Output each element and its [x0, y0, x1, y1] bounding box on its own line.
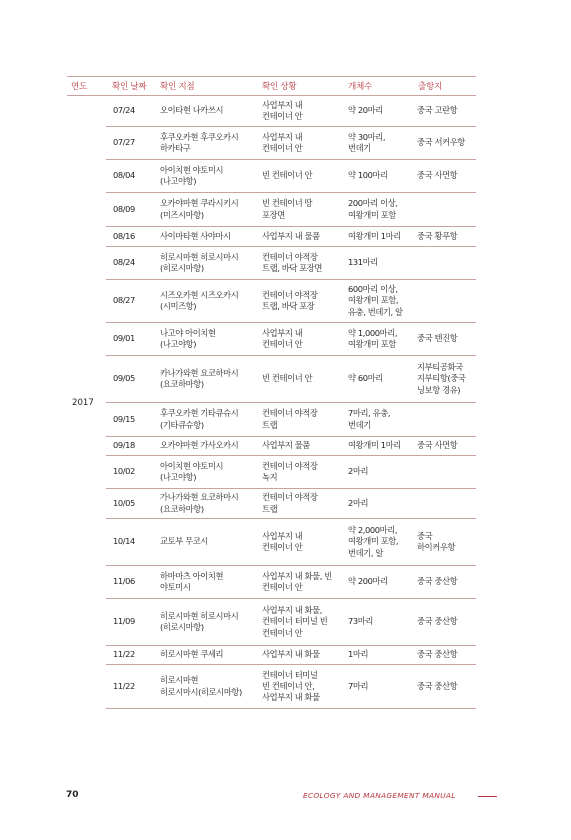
cell-line: 사이마타현 사야마시 [160, 231, 231, 242]
cell-line: (미즈시마항) [160, 210, 238, 221]
cell-line: 2마리 [348, 466, 368, 477]
cell-situation: 사업부지 내 물품 [262, 227, 320, 246]
cell-line: 나고야 아이치현 [160, 328, 216, 339]
cell-line: 10/02 [113, 466, 135, 477]
cell-location: 나고야 아이치현(나고야항) [160, 323, 216, 355]
cell-location: 오카야마현 쿠라시키시(미즈시마항) [160, 193, 238, 226]
cell-line: 트랩, 바닥 포장 [262, 301, 318, 312]
cell-line: 07/27 [113, 137, 135, 148]
cell-location: 아이치현 야토미시(나고야항) [160, 160, 223, 192]
cell-count: 7마리, 유충,번데기 [348, 403, 390, 436]
table-row: 11/22히로시마현 쿠세리사업부지 내 화물1마리중국 중산항 [106, 646, 476, 665]
cell-line: 컨테이너 야적장 [262, 290, 318, 301]
cell-location: 교토부 무코시 [160, 519, 208, 565]
cell-line: 오카야마현 가사오카시 [160, 440, 238, 451]
cell-line: (기타큐슈항) [160, 420, 238, 431]
running-footer-title: ECOLOGY AND MANAGEMENT MANUAL [303, 791, 456, 800]
cell-port: 중국 중산항 [417, 599, 457, 645]
cell-line: (요코하마항) [160, 504, 238, 515]
cell-line: 지부티항(중국 [417, 373, 466, 384]
cell-port: 중국 중산항 [417, 646, 457, 664]
cell-line: 중국 황푸항 [417, 231, 457, 242]
cell-line: (히로시마항) [160, 622, 238, 633]
table-row: 09/01나고야 아이치현(나고야항)사업부지 내컨테이너 안약 1,000마리… [106, 323, 476, 356]
cell-port: 중국 텐진항 [417, 323, 457, 355]
cell-line: 히로시마시(히로시마항) [160, 687, 242, 698]
cell-line: 약 200마리 [348, 576, 388, 587]
cell-line: 08/09 [113, 204, 135, 215]
cell-port: 중국 사먼항 [417, 160, 457, 192]
cell-situation: 사업부지 내 화물, 빈컨테이너 안 [262, 566, 332, 598]
cell-count: 2마리 [348, 456, 368, 488]
cell-line: 컨테이너 야적장 [262, 492, 318, 503]
cell-line: 사업부지 내 화물, [262, 605, 327, 616]
cell-line: 1마리 [348, 649, 368, 660]
cell-line: 사업부지 내 [262, 531, 302, 542]
cell-line: 08/27 [113, 295, 135, 306]
cell-line: 중국 사먼항 [417, 170, 457, 181]
table-row: 11/06하마마츠 아이치현야토미시사업부지 내 화물, 빈컨테이너 안약 20… [106, 566, 476, 599]
cell-line: 약 30마리, [348, 132, 385, 143]
cell-line: 컨테이너 안 [262, 582, 332, 593]
cell-line: 중국 텐진항 [417, 333, 457, 344]
cell-line: 번데기 [348, 143, 385, 154]
cell-situation: 컨테이너 야적장트랩, 바닥 포장 [262, 280, 318, 322]
cell-location: 오카야마현 가사오카시 [160, 437, 238, 455]
cell-line: 08/04 [113, 170, 135, 181]
cell-count: 73마리 [348, 599, 373, 645]
cell-line: (나고야항) [160, 472, 223, 483]
cell-line: 131마리 [348, 257, 378, 268]
cell-line: 트랩 [262, 420, 318, 431]
cell-line: 사업부지 내 화물 [262, 649, 320, 660]
cell-line: 후쿠오카현 후쿠오카시 [160, 132, 238, 143]
cell-date: 09/01 [113, 323, 135, 355]
table-row: 08/27시즈오카현 시즈오카시(시미즈항)컨테이너 야적장트랩, 바닥 포장6… [106, 280, 476, 323]
cell-line: 중국 [417, 531, 455, 542]
cell-line: 여왕개미 포함 [348, 210, 398, 221]
cell-situation: 사업부지 내컨테이너 안 [262, 323, 302, 355]
cell-line: 카나가와현 요코하마시 [160, 368, 238, 379]
cell-location: 시즈오카현 시즈오카시(시미즈항) [160, 280, 238, 322]
cell-line: 사업부지 내 물품 [262, 231, 320, 242]
page-number: 70 [66, 790, 79, 800]
cell-date: 11/09 [113, 599, 135, 645]
table-row: 10/14교토부 무코시사업부지 내컨테이너 안약 2,000마리,여왕개미 포… [106, 519, 476, 566]
cell-count: 600마리 이상,여왕개미 포함,유충, 번데기, 알 [348, 280, 403, 322]
cell-line: 지부티공화국 [417, 362, 466, 373]
cell-line: 약 60마리 [348, 373, 383, 384]
cell-situation: 사업부지 물품 [262, 437, 310, 455]
table-row: 09/18오카야마현 가사오카시사업부지 물품여왕개미 1마리중국 사먼항 [106, 437, 476, 456]
cell-port: 중국하이커우항 [417, 519, 455, 565]
cell-location: 히로시마현 히로시마시(히로시마항) [160, 247, 238, 279]
cell-location: 후쿠오카현 후쿠오카시하카타구 [160, 127, 238, 159]
cell-line: 사업부지 내 화물 [262, 692, 320, 703]
header-location: 확인 지점 [160, 80, 194, 92]
cell-location: 후쿠오카현 기타큐슈시(기타큐슈항) [160, 403, 238, 436]
cell-port: 중국 황푸항 [417, 227, 457, 246]
cell-date: 11/06 [113, 566, 135, 598]
cell-count: 약 2,000마리,여왕개미 포함,번데기, 알 [348, 519, 398, 565]
table-row: 07/24오이타현 나카쓰시사업부지 내컨테이너 안약 20마리중국 고란항 [106, 96, 476, 127]
cell-date: 09/15 [113, 403, 135, 436]
cell-line: 7마리 [348, 681, 368, 692]
cell-situation: 사업부지 내컨테이너 안 [262, 96, 302, 126]
cell-line: 야토미시 [160, 582, 223, 593]
cell-count: 2마리 [348, 489, 368, 518]
cell-line: 약 100마리 [348, 170, 388, 181]
header-date: 확인 날짜 [112, 80, 146, 92]
cell-count: 약 1,000마리,여왕개미 포함 [348, 323, 397, 355]
cell-line: 73마리 [348, 616, 373, 627]
cell-line: 트랩, 바닥 포장면 [262, 263, 322, 274]
cell-location: 히로시마현히로시마시(히로시마항) [160, 665, 242, 708]
cell-port: 중국 서커우항 [417, 127, 465, 159]
cell-line: 중국 중산항 [417, 616, 457, 627]
cell-line: 아이치현 야토미시 [160, 165, 223, 176]
cell-date: 09/05 [113, 356, 135, 402]
cell-line: 컨테이너 야적장 [262, 408, 318, 419]
cell-line: 08/24 [113, 257, 135, 268]
cell-date: 10/02 [113, 456, 135, 488]
cell-date: 07/24 [113, 96, 135, 126]
cell-line: 09/15 [113, 414, 135, 425]
cell-line: 사업부지 내 [262, 328, 302, 339]
cell-line: 09/01 [113, 333, 135, 344]
cell-line: 컨테이너 야적장 [262, 461, 318, 472]
cell-port: 지부티공화국지부티항(중국닝보항 경유) [417, 356, 466, 402]
cell-situation: 컨테이너 야적장녹지 [262, 456, 318, 488]
cell-line: 트랩 [262, 504, 318, 515]
cell-line: 컨테이너 안 [262, 628, 327, 639]
cell-situation: 컨테이너 야적장트랩 [262, 489, 318, 518]
cell-line: 번데기 [348, 420, 390, 431]
cell-situation: 사업부지 내 화물,컨테이너 터미널 빈컨테이너 안 [262, 599, 327, 645]
table-row: 08/16사이마타현 사야마시사업부지 내 물품여왕개미 1마리중국 황푸항 [106, 227, 476, 247]
cell-line: 컨테이너 터미널 빈 [262, 616, 327, 627]
cell-line: 10/14 [113, 536, 135, 547]
cell-location: 오이타현 나카쓰시 [160, 96, 223, 126]
table-header: 연도 확인 날짜 확인 지점 확인 상황 개체수 출항지 [67, 77, 476, 96]
cell-situation: 사업부지 내컨테이너 안 [262, 127, 302, 159]
cell-count: 여왕개미 1마리 [348, 437, 401, 455]
cell-line: 사업부지 내 [262, 100, 302, 111]
cell-line: 약 20마리 [348, 105, 383, 116]
cell-count: 약 30마리,번데기 [348, 127, 385, 159]
cell-line: 가나가와현 요코하마시 [160, 492, 238, 503]
cell-line: 하카타구 [160, 143, 238, 154]
cell-situation: 빈 컨테이너 안 [262, 356, 312, 402]
cell-line: 중국 중산항 [417, 576, 457, 587]
cell-date: 11/22 [113, 665, 135, 708]
cell-line: 아이치현 야토미시 [160, 461, 223, 472]
cell-date: 09/18 [113, 437, 135, 455]
cell-line: 여왕개미 1마리 [348, 231, 401, 242]
cell-location: 아이치현 야토미시(나고야항) [160, 456, 223, 488]
table-body: 2017 07/24오이타현 나카쓰시사업부지 내컨테이너 안약 20마리중국 … [67, 96, 476, 710]
cell-count: 7마리 [348, 665, 368, 708]
cell-count: 약 20마리 [348, 96, 383, 126]
cell-date: 10/14 [113, 519, 135, 565]
cell-line: 컨테이너 안 [262, 111, 302, 122]
cell-line: 시즈오카현 시즈오카시 [160, 290, 238, 301]
cell-line: 09/05 [113, 373, 135, 384]
cell-line: 08/16 [113, 231, 135, 242]
cell-line: 하이커우항 [417, 542, 455, 553]
cell-count: 약 200마리 [348, 566, 388, 598]
cell-port: 중국 중산항 [417, 566, 457, 598]
cell-line: 11/22 [113, 649, 135, 660]
cell-count: 200마리 이상,여왕개미 포함 [348, 193, 398, 226]
cell-count: 여왕개미 1마리 [348, 227, 401, 246]
cell-line: 히로시마현 [160, 675, 242, 686]
cell-line: 07/24 [113, 105, 135, 116]
cell-port: 중국 중산항 [417, 665, 457, 708]
cell-line: 오이타현 나카쓰시 [160, 105, 223, 116]
table-row: 11/22히로시마현히로시마시(히로시마항)컨테이너 터미널빈 컨테이너 안,사… [106, 665, 476, 709]
cell-line: 중국 사먼항 [417, 440, 457, 451]
cell-line: 오카야마현 쿠라시키시 [160, 198, 238, 209]
cell-line: 중국 중산항 [417, 681, 457, 692]
cell-line: 컨테이너 터미널 [262, 670, 320, 681]
table-row: 09/05카나가와현 요코하마시(요코하마항)빈 컨테이너 안약 60마리지부티… [106, 356, 476, 403]
cell-line: 11/09 [113, 616, 135, 627]
cell-line: (히로시마항) [160, 263, 238, 274]
cell-count: 약 60마리 [348, 356, 383, 402]
table-row: 11/09히로시마현 히로시마시(히로시마항)사업부지 내 화물,컨테이너 터미… [106, 599, 476, 646]
cell-line: 11/22 [113, 681, 135, 692]
cell-location: 카나가와현 요코하마시(요코하마항) [160, 356, 238, 402]
footer-rule [478, 796, 497, 797]
cell-line: (시미즈항) [160, 301, 238, 312]
table-row: 08/04아이치현 야토미시(나고야항)빈 컨테이너 안약 100마리중국 사먼… [106, 160, 476, 193]
cell-line: 중국 서커우항 [417, 137, 465, 148]
cell-date: 08/27 [113, 280, 135, 322]
cell-date: 08/24 [113, 247, 135, 279]
cell-line: 컨테이너 야적장 [262, 252, 322, 263]
cell-situation: 사업부지 내컨테이너 안 [262, 519, 302, 565]
table-row: 10/05가나가와현 요코하마시(요코하마항)컨테이너 야적장트랩2마리 [106, 489, 476, 519]
table-row: 07/27후쿠오카현 후쿠오카시하카타구사업부지 내컨테이너 안약 30마리,번… [106, 127, 476, 160]
cell-line: 빈 컨테이너 안 [262, 170, 312, 181]
cell-line: 빈 컨테이너 안, [262, 681, 320, 692]
cell-line: (요코하마항) [160, 379, 238, 390]
cell-line: 중국 고란항 [417, 105, 457, 116]
cell-line: 후쿠오카현 기타큐슈시 [160, 408, 238, 419]
cell-count: 1마리 [348, 646, 368, 664]
cell-date: 08/09 [113, 193, 135, 226]
cell-line: 11/06 [113, 576, 135, 587]
red-imported-fire-ant-table: 연도 확인 날짜 확인 지점 확인 상황 개체수 출항지 2017 07/24오… [67, 76, 476, 710]
cell-line: 녹지 [262, 472, 318, 483]
cell-line: 히로시마현 히로시마시 [160, 611, 238, 622]
cell-line: 사업부지 내 화물, 빈 [262, 571, 332, 582]
cell-line: 닝보항 경유) [417, 385, 466, 396]
cell-line: 10/05 [113, 498, 135, 509]
header-port: 출항지 [418, 80, 442, 92]
cell-location: 히로시마현 쿠세리 [160, 646, 223, 664]
table-row: 10/02아이치현 야토미시(나고야항)컨테이너 야적장녹지2마리 [106, 456, 476, 489]
cell-line: 교토부 무코시 [160, 536, 208, 547]
cell-line: 약 2,000마리, [348, 525, 398, 536]
cell-date: 07/27 [113, 127, 135, 159]
cell-date: 10/05 [113, 489, 135, 518]
header-count: 개체수 [348, 80, 372, 92]
cell-line: 중국 중산항 [417, 649, 457, 660]
cell-line: 유충, 번데기, 알 [348, 307, 403, 318]
cell-port: 중국 사먼항 [417, 437, 457, 455]
cell-location: 히로시마현 히로시마시(히로시마항) [160, 599, 238, 645]
cell-line: 여왕개미 포함, [348, 295, 403, 306]
cell-date: 08/16 [113, 227, 135, 246]
cell-line: 200마리 이상, [348, 198, 398, 209]
cell-line: 여왕개미 포함, [348, 536, 398, 547]
cell-line: 2마리 [348, 498, 368, 509]
cell-location: 사이마타현 사야마시 [160, 227, 231, 246]
cell-line: (나고야항) [160, 339, 216, 350]
cell-line: 히로시마현 히로시마시 [160, 252, 238, 263]
cell-line: 600마리 이상, [348, 284, 403, 295]
header-situation: 확인 상황 [262, 80, 296, 92]
cell-line: 컨테이너 안 [262, 339, 302, 350]
cell-line: 포장면 [262, 210, 312, 221]
cell-count: 약 100마리 [348, 160, 388, 192]
cell-situation: 컨테이너 야적장트랩 [262, 403, 318, 436]
document-page: 연도 확인 날짜 확인 지점 확인 상황 개체수 출항지 2017 07/24오… [0, 0, 571, 840]
cell-line: 컨테이너 안 [262, 143, 302, 154]
cell-line: 7마리, 유충, [348, 408, 390, 419]
table-row: 08/09오카야마현 쿠라시키시(미즈시마항)빈 컨테이너 땅포장면200마리 … [106, 193, 476, 227]
cell-line: 09/18 [113, 440, 135, 451]
cell-count: 131마리 [348, 247, 378, 279]
cell-line: 약 1,000마리, [348, 328, 397, 339]
cell-line: 히로시마현 쿠세리 [160, 649, 223, 660]
cell-line: 여왕개미 1마리 [348, 440, 401, 451]
cell-situation: 빈 컨테이너 안 [262, 160, 312, 192]
cell-line: 빈 컨테이너 안 [262, 373, 312, 384]
cell-date: 11/22 [113, 646, 135, 664]
table-row: 08/24히로시마현 히로시마시(히로시마항)컨테이너 야적장트랩, 바닥 포장… [106, 247, 476, 280]
cell-line: 빈 컨테이너 땅 [262, 198, 312, 209]
header-year: 연도 [71, 80, 87, 92]
cell-line: 여왕개미 포함 [348, 339, 397, 350]
cell-line: 번데기, 알 [348, 548, 398, 559]
cell-situation: 빈 컨테이너 땅포장면 [262, 193, 312, 226]
cell-line: 하마마츠 아이치현 [160, 571, 223, 582]
cell-date: 08/04 [113, 160, 135, 192]
cell-situation: 사업부지 내 화물 [262, 646, 320, 664]
cell-situation: 컨테이너 터미널빈 컨테이너 안,사업부지 내 화물 [262, 665, 320, 708]
cell-line: 사업부지 물품 [262, 440, 310, 451]
cell-line: (나고야항) [160, 176, 223, 187]
cell-port: 중국 고란항 [417, 96, 457, 126]
table-row: 09/15후쿠오카현 기타큐슈시(기타큐슈항)컨테이너 야적장트랩7마리, 유충… [106, 403, 476, 437]
cell-situation: 컨테이너 야적장트랩, 바닥 포장면 [262, 247, 322, 279]
cell-location: 가나가와현 요코하마시(요코하마항) [160, 489, 238, 518]
cell-line: 컨테이너 안 [262, 542, 302, 553]
cell-line: 사업부지 내 [262, 132, 302, 143]
cell-location: 하마마츠 아이치현야토미시 [160, 566, 223, 598]
